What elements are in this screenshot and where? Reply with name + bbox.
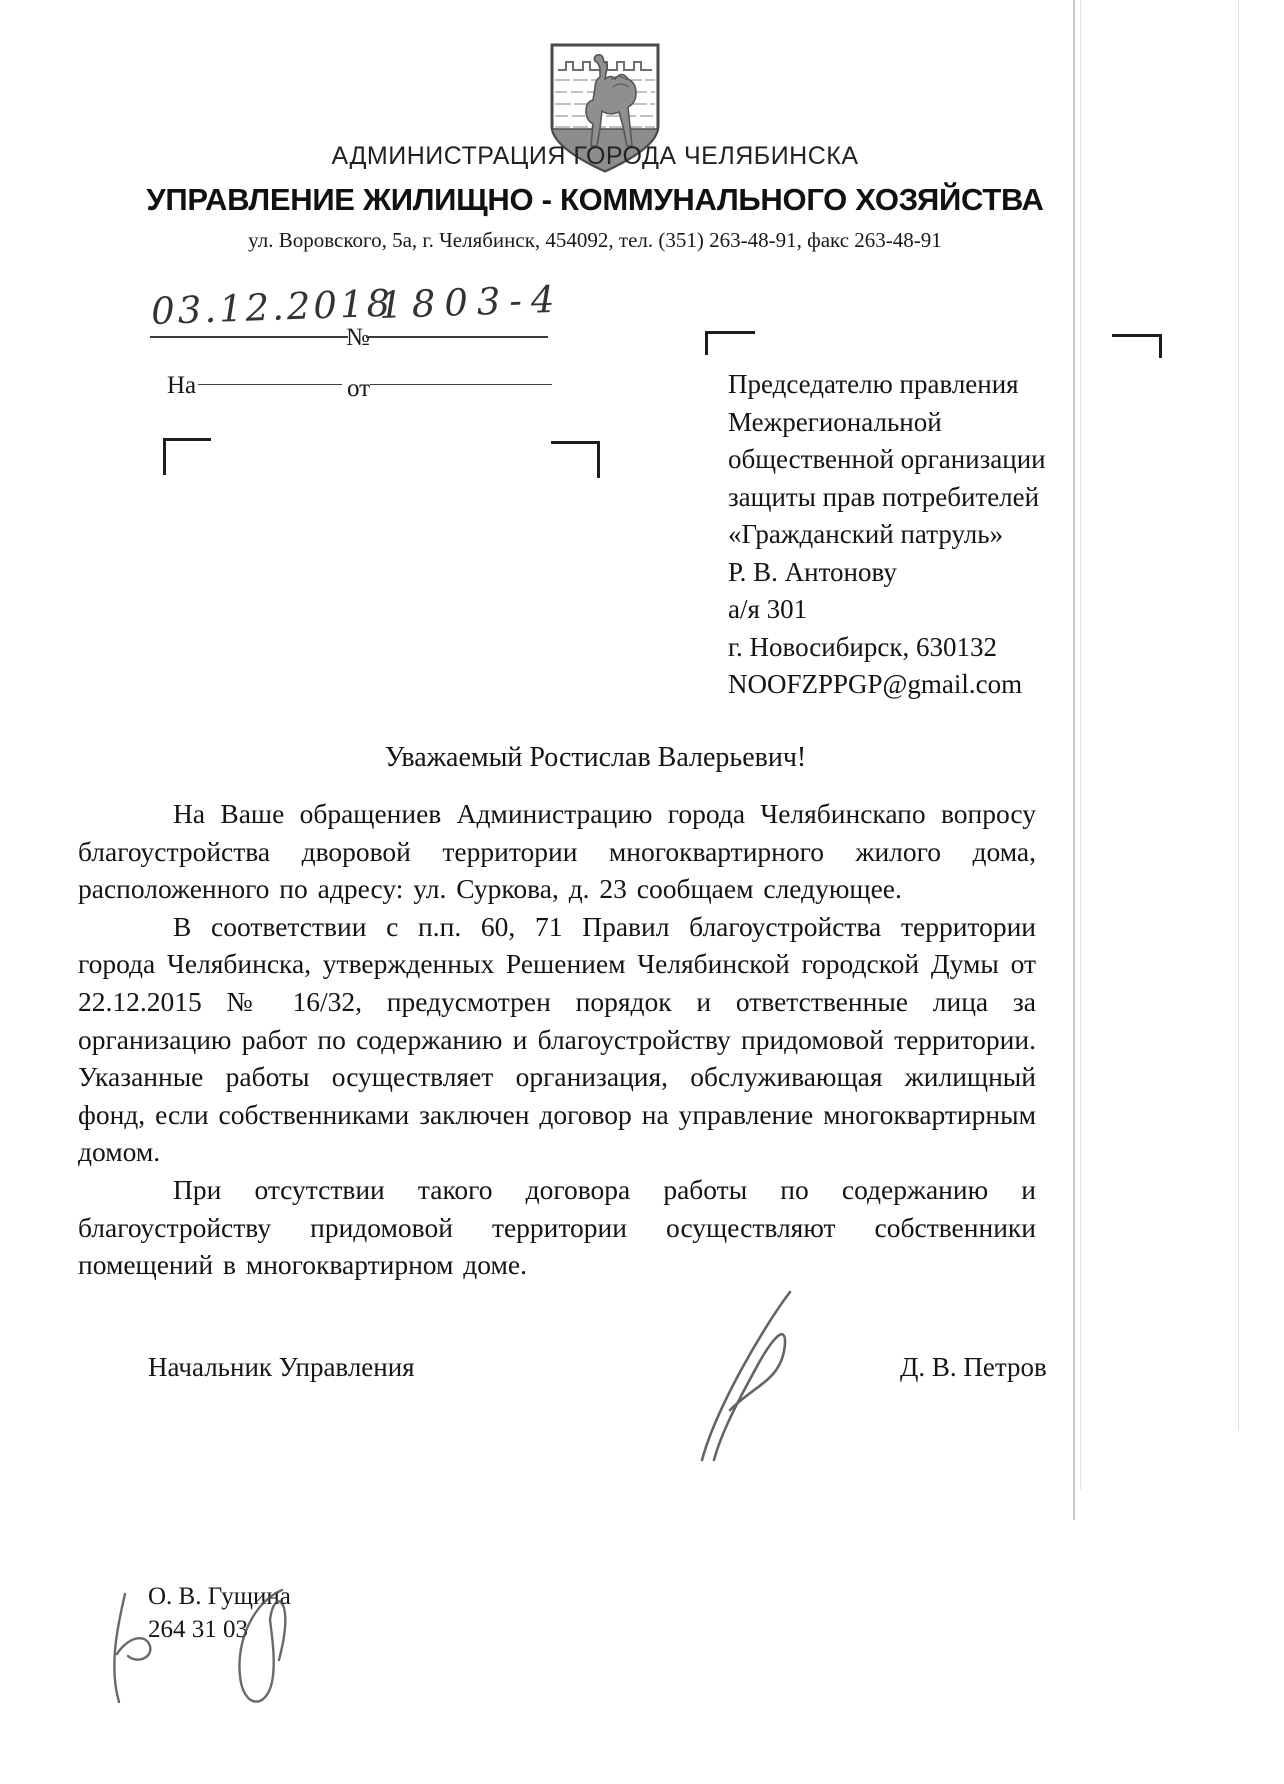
incoming-date-underline [370, 384, 552, 385]
signer-name: Д. В. Петров [900, 1352, 1047, 1383]
scan-fold-line [1080, 0, 1081, 1490]
number-underline [366, 336, 548, 338]
number-sign-label: № [346, 324, 370, 352]
recipient-line: а/я 301 [728, 591, 1088, 629]
salutation: Уважаемый Ростислав Валерьевич! [78, 742, 1038, 774]
date-underline [150, 336, 348, 338]
recipient-line: Председателю правления [728, 366, 1088, 404]
pen-loop-icon [222, 1582, 307, 1720]
address-frame-corner-left [163, 438, 211, 475]
recipient-line: «Гражданский патруль» [728, 516, 1088, 554]
incoming-ref-underline [198, 384, 342, 385]
incoming-date-label: от [347, 375, 370, 403]
incoming-ref-label: На [167, 372, 196, 400]
recipient-line: г. Новосибирск, 630132 [728, 629, 1088, 667]
letter-body: На Ваше обращениев Администрацию города … [78, 795, 1036, 1284]
body-paragraph: На Ваше обращениев Администрацию города … [78, 795, 1036, 908]
recipient-email: NOOFZPPGP@gmail.com [728, 666, 1088, 704]
pen-mark-icon [95, 1592, 185, 1707]
recipient-line: Р. В. Антонову [728, 554, 1088, 592]
recipient-line: защиты прав потребителей [728, 479, 1088, 517]
signer-position: Начальник Управления [148, 1352, 415, 1383]
handwritten-outgoing-number: 1803-4 [378, 278, 564, 327]
scanned-letter-page: АДМИНИСТРАЦИЯ ГОРОДА ЧЕЛЯБИНСКА УПРАВЛЕН… [0, 0, 1284, 1784]
handwritten-signature-icon [672, 1288, 822, 1473]
recipient-frame-corner-left [705, 331, 755, 355]
recipient-line: общественной организации [728, 441, 1088, 479]
body-paragraph: При отсутствии такого договора работы по… [78, 1171, 1036, 1284]
organization-parent-name: АДМИНИСТРАЦИЯ ГОРОДА ЧЕЛЯБИНСКА [0, 142, 1190, 171]
scan-fold-line [1238, 0, 1239, 1430]
body-paragraph: В соответствии с п.п. 60, 71 Правил благ… [78, 908, 1036, 1171]
recipient-frame-corner-right [1112, 334, 1162, 358]
recipient-line: Межрегиональной [728, 404, 1088, 442]
recipient-address-block: Председателю правления Межрегиональной о… [728, 366, 1088, 704]
organization-address-line: ул. Воровского, 5а, г. Челябинск, 454092… [0, 228, 1190, 253]
address-frame-corner-right [551, 441, 600, 478]
organization-name: УПРАВЛЕНИЕ ЖИЛИЩНО - КОММУНАЛЬНОГО ХОЗЯЙ… [0, 182, 1190, 218]
